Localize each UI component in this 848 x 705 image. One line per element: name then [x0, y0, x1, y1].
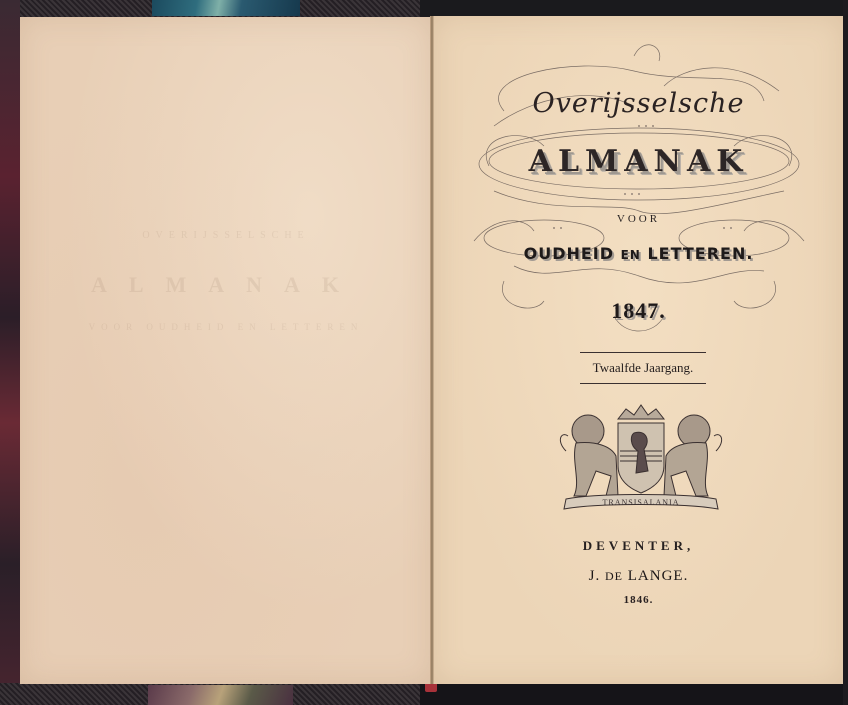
title-page: Overijsselsche ALMANAK VOOR OUDHEID EN L… [434, 16, 843, 684]
title-main: ALMANAK [434, 144, 843, 179]
marbled-edge-top [152, 0, 300, 16]
publisher-name: J. DE LANGE. [434, 568, 843, 585]
left-page: OVERIJSSELSCHE ALMANAK VOOR OUDHEID EN L… [20, 17, 432, 684]
volume-box: Twaalfde Jaargang. [580, 352, 706, 384]
almanac-year: 1847. [434, 298, 843, 324]
book-cover-top-right [420, 0, 848, 16]
show-through-line-1: OVERIJSSELSCHE [20, 230, 432, 241]
subtitle-part1: OUDHEID [524, 244, 614, 263]
publication-year: 1846. [434, 594, 843, 606]
book-cover-left-edge [0, 0, 20, 705]
title-script: Overijsselsche [434, 88, 843, 119]
publisher-surname: LANGE. [628, 568, 689, 584]
coat-of-arms-icon: TRANSISALANIA [556, 401, 726, 521]
publisher-city: DEVENTER, [434, 538, 843, 554]
book-cover-bottom-right [420, 684, 848, 705]
book-cover-right-edge [843, 0, 848, 705]
show-through-line-3: VOOR OUDHEID EN LETTEREN [20, 322, 432, 332]
title-voor: VOOR [434, 213, 843, 225]
crest-motto: TRANSISALANIA [603, 498, 680, 507]
subtitle-part2: LETTEREN. [647, 244, 753, 263]
publisher-initial: J. [589, 568, 601, 584]
publisher-de: DE [605, 569, 623, 583]
subtitle-en: EN [621, 248, 641, 262]
show-through-line-2: ALMANAK [20, 272, 432, 298]
subtitle: OUDHEID EN LETTEREN. [434, 244, 843, 263]
volume-label: Twaalfde Jaargang. [580, 353, 706, 383]
marbled-edge-bottom [148, 685, 293, 705]
